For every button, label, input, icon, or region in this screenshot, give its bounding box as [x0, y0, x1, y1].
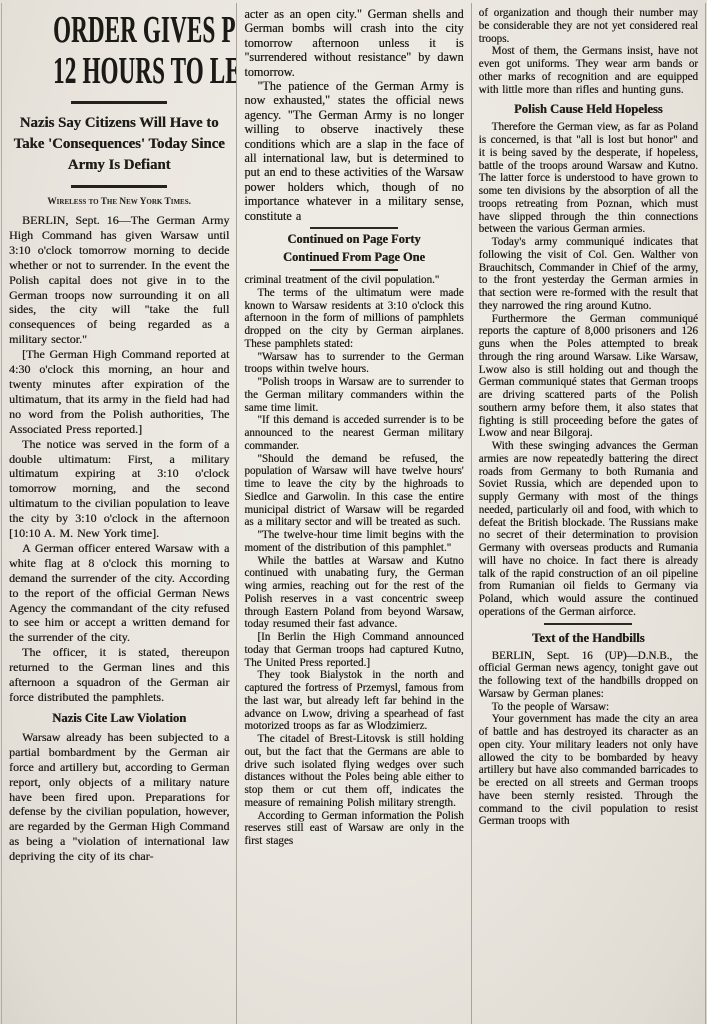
article-paragraph: "The patience of the German Army is now …	[244, 79, 463, 223]
article-paragraph: "Should the demand be refused, the popul…	[244, 453, 463, 530]
headline-line: 12 HOURS TO LEAVE	[53, 51, 185, 92]
article-paragraph: "Polish troops in Warsaw are to surrende…	[244, 376, 463, 414]
article-paragraph: Most of them, the Germans insist, have n…	[479, 45, 698, 96]
article-paragraph: Warsaw already has been subjected to a p…	[9, 730, 229, 864]
article-deck: Nazis Say Citizens Will Have to Take 'Co…	[10, 113, 228, 176]
divider-rule	[310, 227, 398, 229]
headline-line: ORDER GIVES POLES	[53, 10, 185, 51]
article-paragraph: acter as an open city." German shells an…	[244, 7, 463, 79]
article-paragraph: To the people of Warsaw:	[479, 701, 698, 714]
newspaper-column-right: of organization and though their number …	[472, 3, 706, 1024]
article-paragraph: "If this demand is acceded surrender is …	[244, 414, 463, 452]
article-paragraph: Therefore the German view, as far as Pol…	[479, 121, 698, 236]
divider-rule	[71, 101, 167, 104]
article-headline: ORDER GIVES POLES12 HOURS TO LEAVE	[9, 10, 229, 92]
article-paragraph: The terms of the ultimatum were made kno…	[244, 287, 463, 351]
newspaper-page: ORDER GIVES POLES12 HOURS TO LEAVENazis …	[0, 0, 707, 1024]
article-paragraph: BERLIN, Sept. 16—The German Army High Co…	[9, 213, 229, 347]
article-paragraph: While the battles at Warsaw and Kutno co…	[244, 555, 463, 632]
article-paragraph: The officer, it is stated, thereupon ret…	[9, 645, 229, 705]
article-paragraph: Your government has made the city an are…	[479, 713, 698, 828]
divider-rule	[310, 269, 398, 271]
article-paragraph: A German officer entered Warsaw with a w…	[9, 541, 229, 645]
article-paragraph: BERLIN, Sept. 16 (UP)—D.N.B., the offici…	[479, 650, 698, 701]
article-byline: Wireless to The New York Times.	[9, 197, 229, 207]
article-paragraph: Today's army communiqué indicates that f…	[479, 236, 698, 313]
section-subheading: Nazis Cite Law Violation	[9, 711, 229, 726]
article-paragraph: of organization and though their number …	[479, 7, 698, 45]
article-paragraph: [In Berlin the High Command announced to…	[244, 631, 463, 669]
continued-notice: Continued From Page One	[244, 250, 463, 265]
newspaper-column-left: ORDER GIVES POLES12 HOURS TO LEAVENazis …	[1, 3, 237, 1024]
section-subheading: Text of the Handbills	[479, 631, 698, 646]
divider-rule	[71, 185, 167, 188]
article-paragraph: "Warsaw has to surrender to the German t…	[244, 351, 463, 377]
continued-notice: Continued on Page Forty	[244, 232, 463, 247]
article-paragraph: The notice was served in the form of a d…	[9, 437, 229, 541]
newspaper-column-middle: acter as an open city." German shells an…	[237, 3, 471, 1024]
article-paragraph: "The twelve-hour time limit begins with …	[244, 529, 463, 555]
article-paragraph: [The German High Command reported at 4:3…	[9, 347, 229, 436]
divider-rule	[544, 623, 632, 625]
article-paragraph: The citadel of Brest-Litovsk is still ho…	[244, 733, 463, 810]
section-subheading: Polish Cause Held Hopeless	[479, 102, 698, 117]
article-paragraph: They took Bialystok in the north and cap…	[244, 669, 463, 733]
article-paragraph: According to German information the Poli…	[244, 810, 463, 848]
article-paragraph: criminal treatment of the civil populati…	[244, 274, 463, 287]
article-paragraph: Furthermore the German communiqué report…	[479, 313, 698, 441]
article-paragraph: With these swinging advances the German …	[479, 440, 698, 619]
